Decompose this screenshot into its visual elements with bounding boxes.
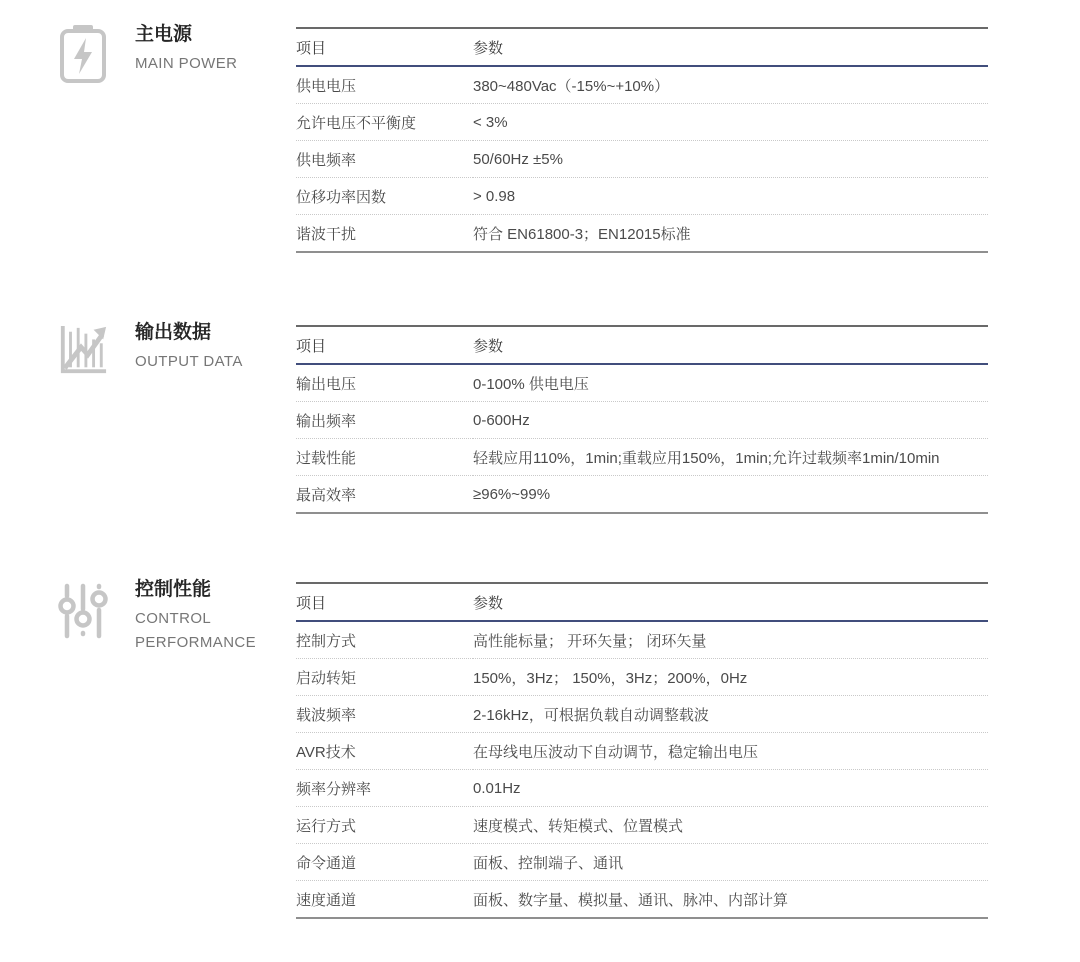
spec-item-cell: 供电电压 (296, 66, 473, 104)
spec-item-cell: 过载性能 (296, 439, 473, 476)
table-row: AVR技术在母线电压波动下自动调节，稳定输出电压 (296, 733, 988, 770)
spec-parameter-cell: ≥96%~99% (473, 476, 988, 513)
spec-item-cell: 输出频率 (296, 402, 473, 439)
table-row: 输出电压0-100% 供电电压 (296, 364, 988, 402)
spec-parameter-cell: > 0.98 (473, 178, 988, 215)
item-column-header: 项目 (296, 327, 473, 364)
spec-parameter-cell: 在母线电压波动下自动调节，稳定输出电压 (473, 733, 988, 770)
spec-parameter-cell: 0.01Hz (473, 770, 988, 807)
spec-table-output-data: 项目 参数 输出电压0-100% 供电电压输出频率0-600Hz过载性能轻载应用… (296, 325, 988, 514)
section-main-power: 主电源 MAIN POWER 项目 参数 供电电压380~480Vac（-15%… (0, 20, 1080, 253)
section-control-performance: 控制性能 CONTROL PERFORMANCE 项目 参数 控制方式高性能标量… (0, 575, 1080, 919)
spec-item-cell: 命令通道 (296, 844, 473, 881)
spec-item-cell: 供电频率 (296, 141, 473, 178)
table-row: 命令通道面板、控制端子、通讯 (296, 844, 988, 881)
section-title-en: MAIN POWER (135, 52, 296, 76)
spec-item-cell: 速度通道 (296, 881, 473, 918)
parameter-column-header: 参数 (473, 327, 988, 364)
sliders-icon (58, 579, 108, 641)
item-column-header: 项目 (296, 29, 473, 66)
section-title-en: OUTPUT DATA (135, 350, 296, 374)
spec-parameter-cell: 2-16kHz，可根据负载自动调整载波 (473, 696, 988, 733)
bar-chart-trend-icon (58, 322, 108, 384)
spec-item-cell: 谐波干扰 (296, 215, 473, 252)
section-output-data: 输出数据 OUTPUT DATA 项目 参数 输出电压0-100% 供电电压输出… (0, 318, 1080, 514)
section-title-en: CONTROL PERFORMANCE (135, 607, 296, 655)
spec-parameter-cell: 0-100% 供电电压 (473, 364, 988, 402)
table-row: 启动转矩150%，3Hz； 150%，3Hz；200%，0Hz (296, 659, 988, 696)
section-title-zh: 控制性能 (135, 577, 296, 603)
table-row: 速度通道面板、数字量、模拟量、通讯、脉冲、内部计算 (296, 881, 988, 918)
spec-item-cell: 输出电压 (296, 364, 473, 402)
table-row: 过载性能轻载应用110%，1min;重载应用150%，1min;允许过载频率1m… (296, 439, 988, 476)
spec-parameter-cell: 面板、数字量、模拟量、通讯、脉冲、内部计算 (473, 881, 988, 918)
spec-item-cell: 启动转矩 (296, 659, 473, 696)
parameter-column-header: 参数 (473, 584, 988, 621)
table-row: 位移功率因数> 0.98 (296, 178, 988, 215)
table-row: 频率分辨率0.01Hz (296, 770, 988, 807)
table-row: 最高效率≥96%~99% (296, 476, 988, 513)
spec-item-cell: 最高效率 (296, 476, 473, 513)
parameter-column-header: 参数 (473, 29, 988, 66)
spec-parameter-cell: < 3% (473, 104, 988, 141)
section-titles: 控制性能 CONTROL PERFORMANCE (135, 577, 296, 655)
table-row: 供电频率50/60Hz ±5% (296, 141, 988, 178)
section-title-zh: 主电源 (135, 22, 296, 48)
table-header-row: 项目 参数 (296, 584, 988, 621)
table-row: 允许电压不平衡度< 3% (296, 104, 988, 141)
spec-item-cell: 控制方式 (296, 621, 473, 659)
spec-item-cell: 位移功率因数 (296, 178, 473, 215)
table-row: 控制方式高性能标量； 开环矢量； 闭环矢量 (296, 621, 988, 659)
table-row: 供电电压380~480Vac（-15%~+10%） (296, 66, 988, 104)
spec-item-cell: 载波频率 (296, 696, 473, 733)
table-header-row: 项目 参数 (296, 327, 988, 364)
spec-parameter-cell: 速度模式、转矩模式、位置模式 (473, 807, 988, 844)
section-title-zh: 输出数据 (135, 320, 296, 346)
section-titles: 输出数据 OUTPUT DATA (135, 320, 296, 374)
spec-item-cell: AVR技术 (296, 733, 473, 770)
spec-table-control-performance: 项目 参数 控制方式高性能标量； 开环矢量； 闭环矢量启动转矩150%，3Hz；… (296, 582, 988, 919)
table-row: 运行方式速度模式、转矩模式、位置模式 (296, 807, 988, 844)
spec-parameter-cell: 50/60Hz ±5% (473, 141, 988, 178)
spec-parameter-cell: 150%，3Hz； 150%，3Hz；200%，0Hz (473, 659, 988, 696)
table-header-row: 项目 参数 (296, 29, 988, 66)
section-titles: 主电源 MAIN POWER (135, 22, 296, 76)
table-row: 输出频率0-600Hz (296, 402, 988, 439)
spec-item-cell: 运行方式 (296, 807, 473, 844)
table-row: 谐波干扰符合 EN61800-3；EN12015标准 (296, 215, 988, 252)
spec-parameter-cell: 380~480Vac（-15%~+10%） (473, 66, 988, 104)
battery-lightning-icon (58, 24, 108, 86)
spec-parameter-cell: 高性能标量； 开环矢量； 闭环矢量 (473, 621, 988, 659)
spec-table-main-power: 项目 参数 供电电压380~480Vac（-15%~+10%）允许电压不平衡度<… (296, 27, 988, 253)
spec-sheet-page: 主电源 MAIN POWER 项目 参数 供电电压380~480Vac（-15%… (0, 0, 1080, 962)
table-row: 载波频率2-16kHz，可根据负载自动调整载波 (296, 696, 988, 733)
spec-parameter-cell: 0-600Hz (473, 402, 988, 439)
spec-item-cell: 允许电压不平衡度 (296, 104, 473, 141)
item-column-header: 项目 (296, 584, 473, 621)
spec-item-cell: 频率分辨率 (296, 770, 473, 807)
spec-parameter-cell: 轻载应用110%，1min;重载应用150%，1min;允许过载频率1min/1… (473, 439, 988, 476)
spec-parameter-cell: 符合 EN61800-3；EN12015标准 (473, 215, 988, 252)
spec-parameter-cell: 面板、控制端子、通讯 (473, 844, 988, 881)
